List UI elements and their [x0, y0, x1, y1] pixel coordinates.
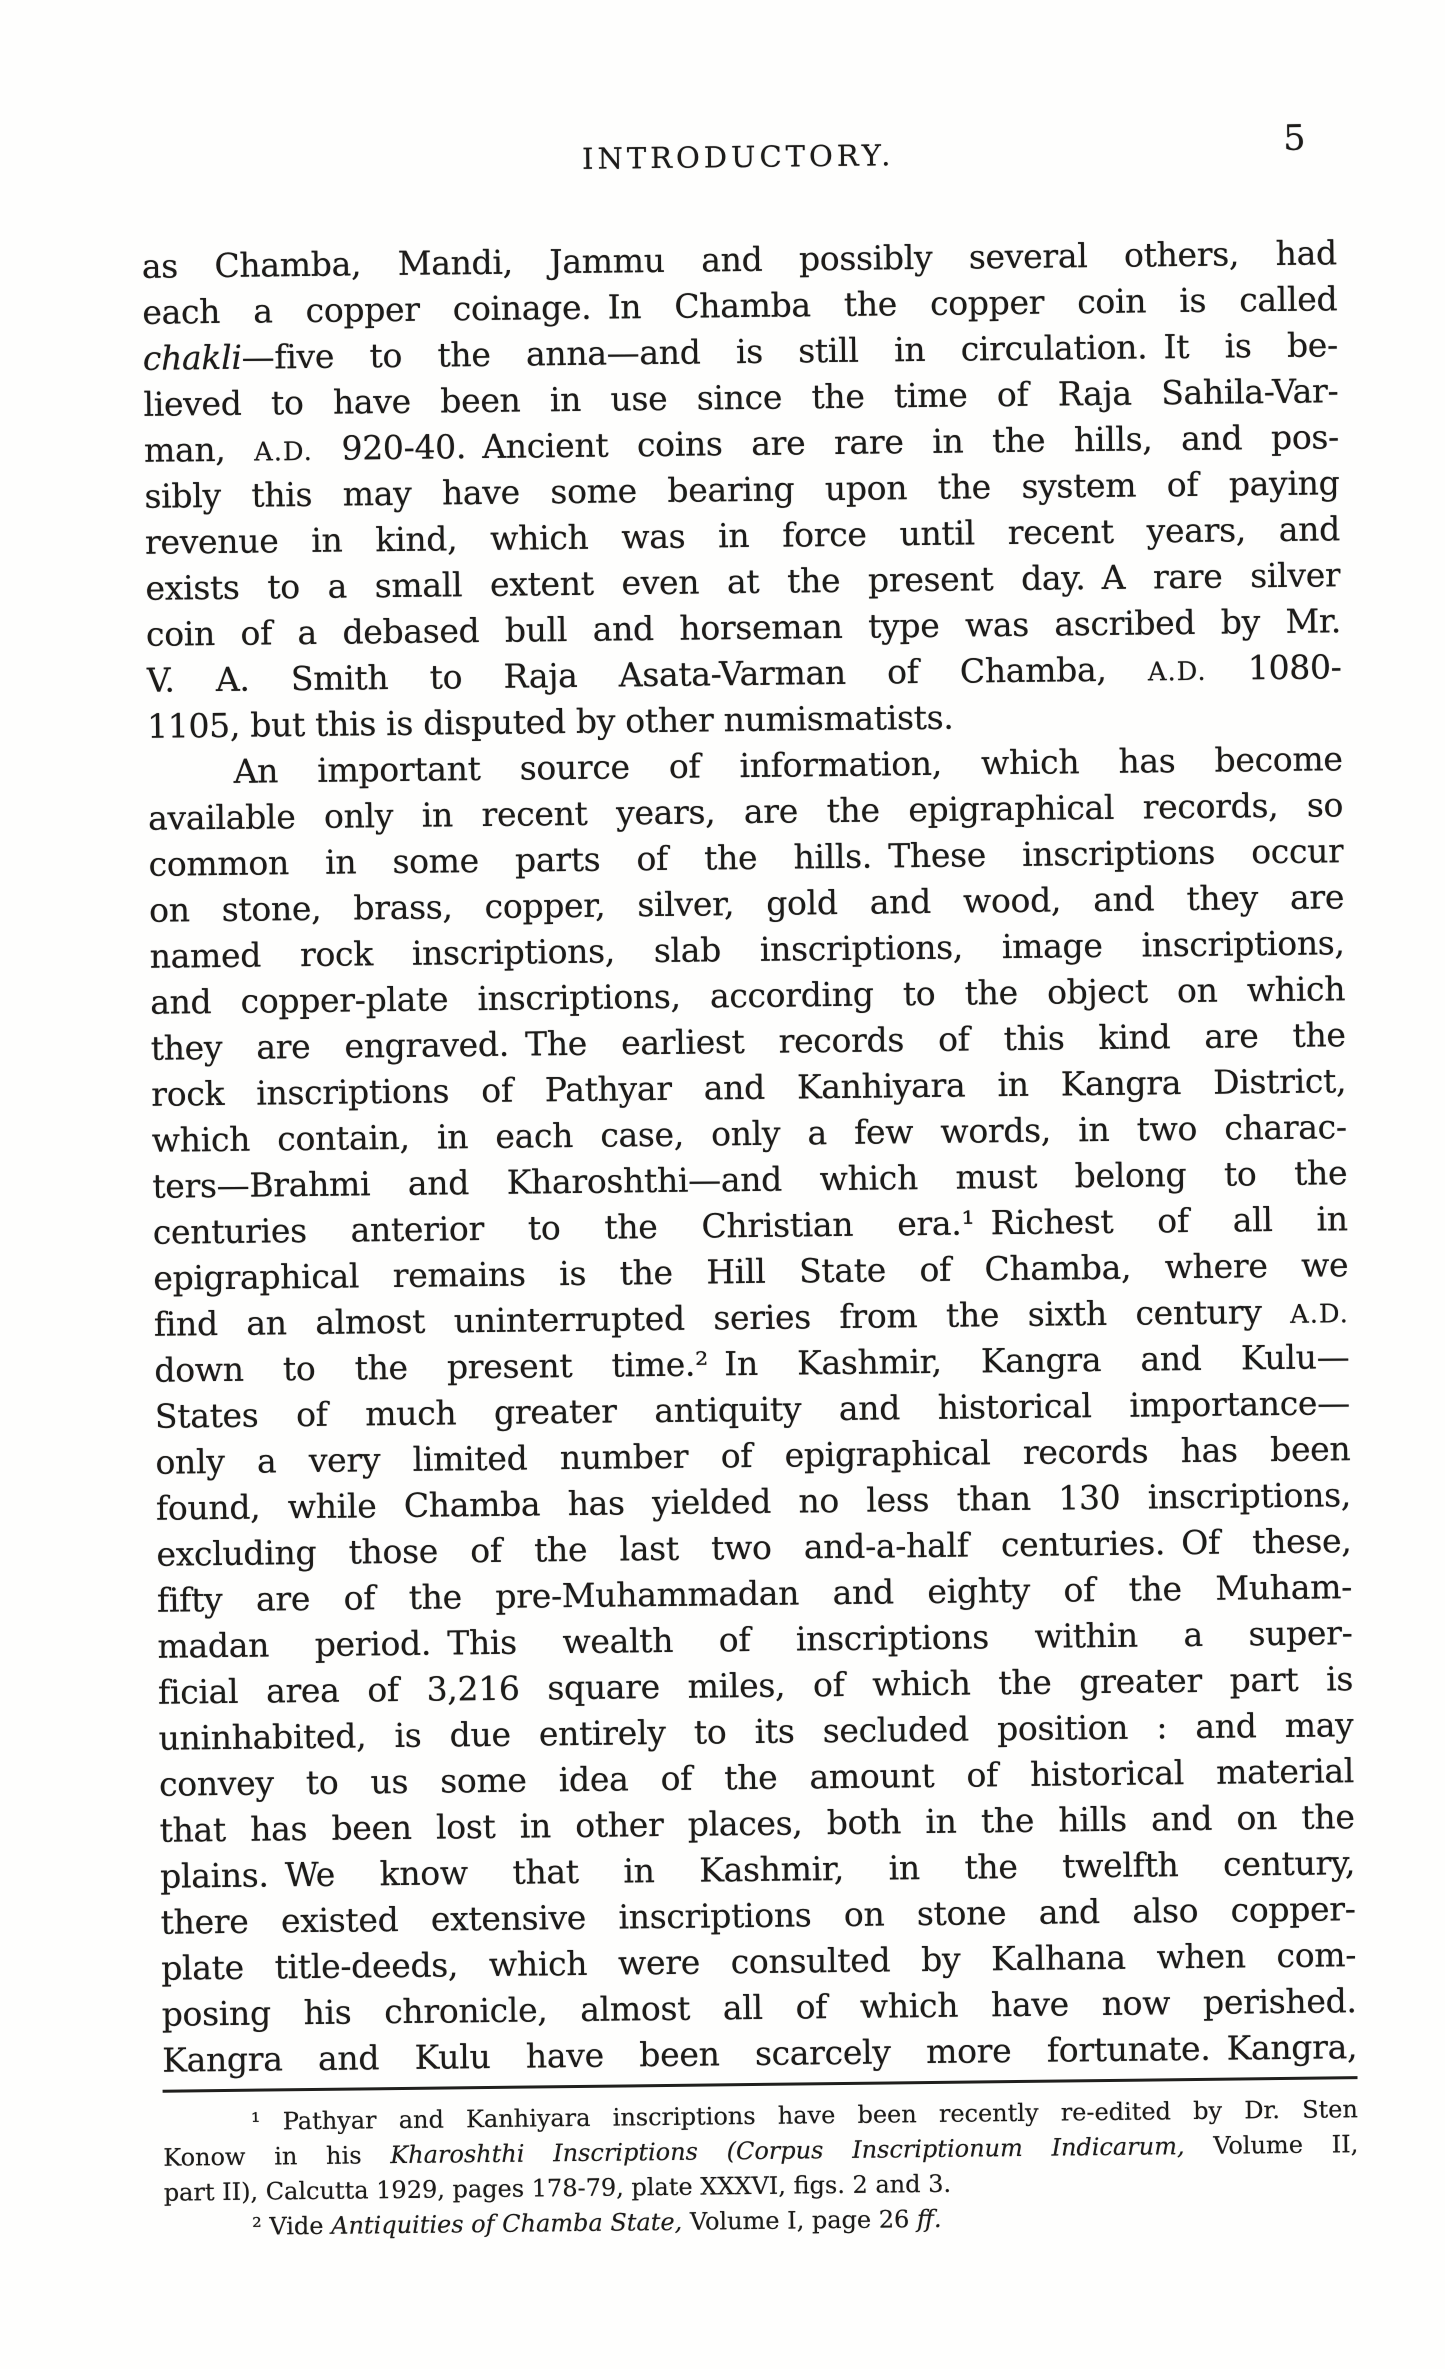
- running-header: INTRODUCTORY.: [141, 132, 1336, 182]
- text-segment: Volume II,: [1184, 2130, 1358, 2160]
- text-segment: 1080-: [1206, 647, 1341, 688]
- italic-text: Antiquities of Chamba State,: [331, 2208, 682, 2240]
- page-header: INTRODUCTORY. 5: [141, 132, 1336, 182]
- smallcaps-text: A.D.: [1290, 1299, 1349, 1330]
- body-text: as Chamba, Mandi, Jammu and possibly sev…: [142, 230, 1358, 2083]
- footnotes: ¹ Pathyar and Kanhiyara inscriptions hav…: [163, 2092, 1360, 2246]
- text-segment: 1105, but this is disputed by other numi…: [147, 698, 954, 746]
- text-segment: 920-40. Ancient coins are rare in the hi…: [313, 417, 1340, 468]
- smallcaps-text: A.D.: [1148, 657, 1207, 688]
- text-segment: V. A. Smith to Raja Asata-Varman of Cham…: [146, 649, 1148, 699]
- italic-text: Kharoshthi Inscriptions (Corpus Inscript…: [390, 2132, 1185, 2169]
- text-segment: —five to the anna—and is still in circul…: [241, 325, 1338, 376]
- text-segment: man,: [144, 430, 255, 470]
- text-segment: ² Vide: [252, 2212, 331, 2241]
- page-number: 5: [1283, 121, 1306, 157]
- text-segment: Konow in his: [163, 2141, 390, 2172]
- scanned-page: INTRODUCTORY. 5 as Chamba, Mandi, Jammu …: [0, 0, 1445, 2369]
- italic-text: chakli: [143, 338, 242, 378]
- page-content: INTRODUCTORY. 5 as Chamba, Mandi, Jammu …: [141, 132, 1360, 2245]
- italic-text: ff.: [917, 2205, 942, 2233]
- text-segment: Kangra and Kulu have been scarcely more …: [162, 2027, 1357, 2080]
- text-segment: Volume I, page 26: [682, 2205, 917, 2236]
- text-segment: part II), Calcutta 1929, pages 178-79, p…: [164, 2170, 952, 2207]
- text-segment: An important source of information, whic…: [233, 739, 1342, 791]
- smallcaps-text: A.D.: [254, 437, 313, 468]
